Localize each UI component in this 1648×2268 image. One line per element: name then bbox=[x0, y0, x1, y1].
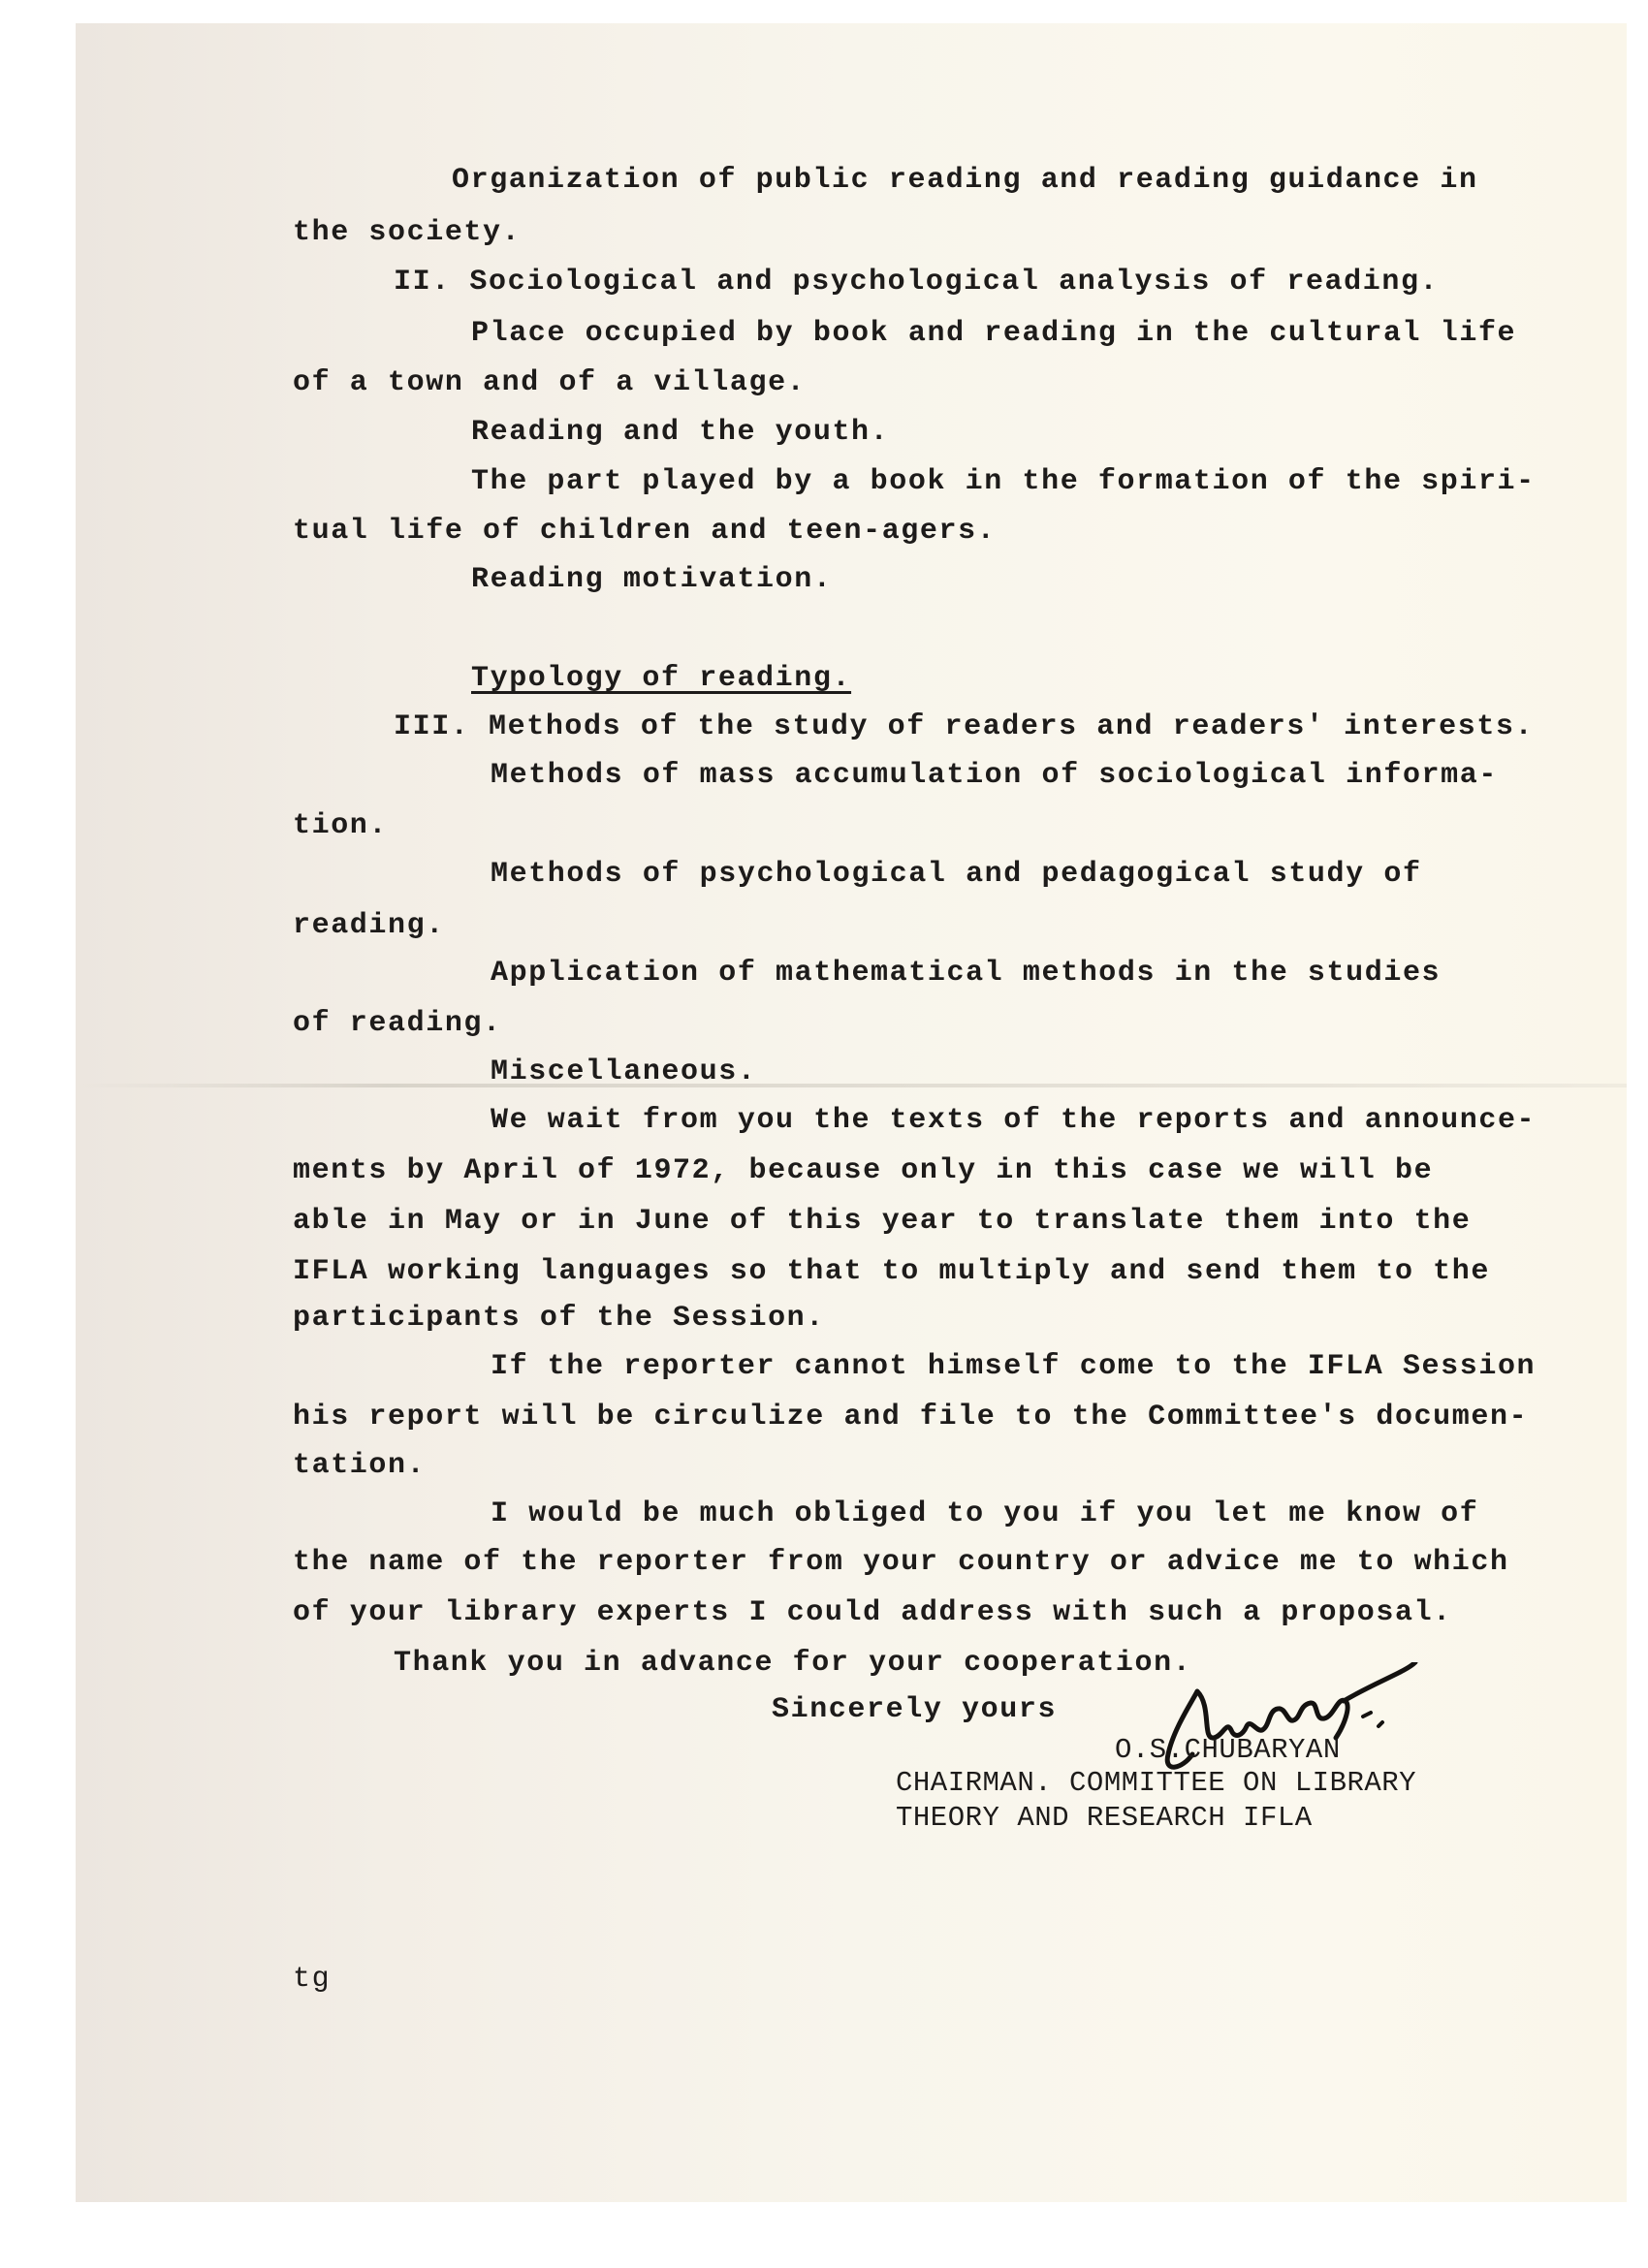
paragraph-line: of your library experts I could address … bbox=[293, 1595, 1452, 1630]
signatory-title: CHAIRMAN. COMMITTEE ON LIBRARY bbox=[896, 1766, 1416, 1801]
body-line: Application of mathematical methods in t… bbox=[491, 956, 1441, 991]
body-line: reading. bbox=[293, 908, 445, 943]
typology-heading: Typology of reading. bbox=[471, 661, 851, 696]
body-line: the society. bbox=[293, 215, 521, 250]
body-line: Reading motivation. bbox=[471, 562, 832, 597]
body-line: Place occupied by book and reading in th… bbox=[471, 316, 1516, 351]
paper-fold-line bbox=[76, 1084, 1627, 1087]
body-line: Organization of public reading and readi… bbox=[452, 163, 1478, 198]
typist-initials: tg bbox=[293, 1962, 331, 1997]
body-line: Methods of psychological and pedagogical… bbox=[491, 857, 1422, 892]
body-line: Miscellaneous. bbox=[491, 1055, 756, 1089]
signatory-title: THEORY AND RESEARCH IFLA bbox=[896, 1801, 1313, 1836]
paragraph-line: IFLA working languages so that to multip… bbox=[293, 1254, 1490, 1289]
section-3-heading: III. Methods of the study of readers and… bbox=[394, 709, 1534, 744]
body-line: tual life of children and teen-agers. bbox=[293, 514, 996, 549]
paragraph-line: ments by April of 1972, because only in … bbox=[293, 1153, 1433, 1188]
body-line: Methods of mass accumulation of sociolog… bbox=[491, 758, 1498, 793]
paragraph-line: If the reporter cannot himself come to t… bbox=[491, 1349, 1536, 1384]
paragraph-line: his report will be circulize and file to… bbox=[293, 1400, 1528, 1434]
section-2-heading: II. Sociological and psychological analy… bbox=[394, 265, 1439, 299]
body-line: of a town and of a village. bbox=[293, 365, 806, 400]
body-line: tion. bbox=[293, 808, 388, 843]
paragraph-line: participants of the Session. bbox=[293, 1301, 825, 1336]
paragraph-line: We wait from you the texts of the report… bbox=[491, 1103, 1536, 1138]
paragraph-line: the name of the reporter from your count… bbox=[293, 1545, 1509, 1580]
body-line: of reading. bbox=[293, 1006, 502, 1041]
paragraph-line: able in May or in June of this year to t… bbox=[293, 1204, 1471, 1239]
body-line: Reading and the youth. bbox=[471, 415, 889, 450]
body-line: The part played by a book in the formati… bbox=[471, 464, 1536, 499]
closing-thanks: Thank you in advance for your cooperatio… bbox=[394, 1646, 1191, 1681]
signatory-name: O.S.CHUBARYAN bbox=[1115, 1733, 1341, 1768]
paragraph-line: tation. bbox=[293, 1448, 426, 1483]
closing-valediction: Sincerely yours bbox=[772, 1692, 1057, 1727]
paragraph-line: I would be much obliged to you if you le… bbox=[491, 1496, 1478, 1531]
